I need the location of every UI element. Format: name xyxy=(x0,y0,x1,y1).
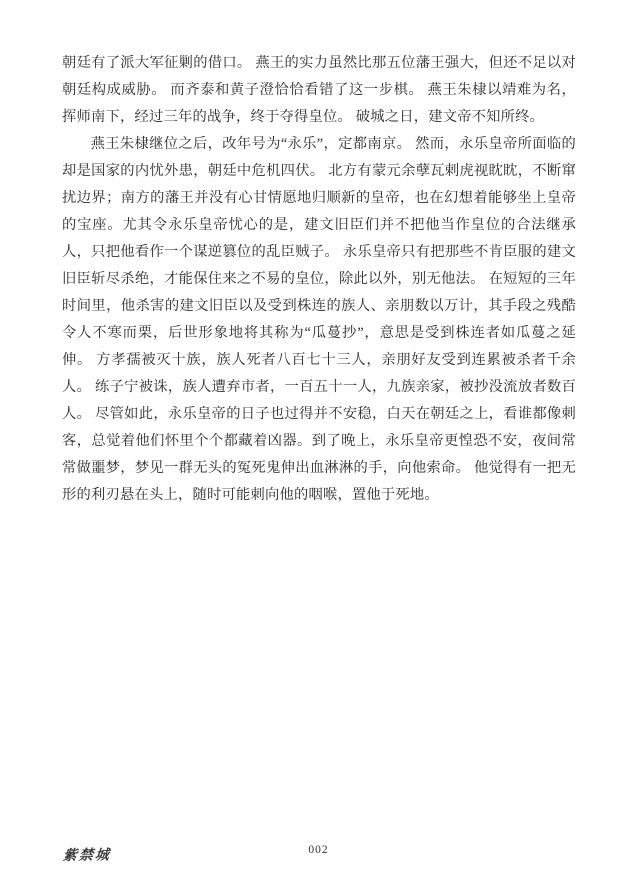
page-number: 002 xyxy=(0,844,637,856)
body-paragraph: 燕王朱棣继位之后，改年号为“永乐”，定都南京。 然而，永乐皇帝所面临的却是国家的… xyxy=(62,131,576,509)
body-paragraph: 朝廷有了派大军征剿的借口。 燕王的实力虽然比那五位藩王强大，但还不足以对朝廷构成… xyxy=(62,50,576,131)
book-page: 朝廷有了派大军征剿的借口。 燕王的实力虽然比那五位藩王强大，但还不足以对朝廷构成… xyxy=(0,0,637,892)
body-text: 朝廷有了派大军征剿的借口。 燕王的实力虽然比那五位藩王强大，但还不足以对朝廷构成… xyxy=(62,50,576,509)
